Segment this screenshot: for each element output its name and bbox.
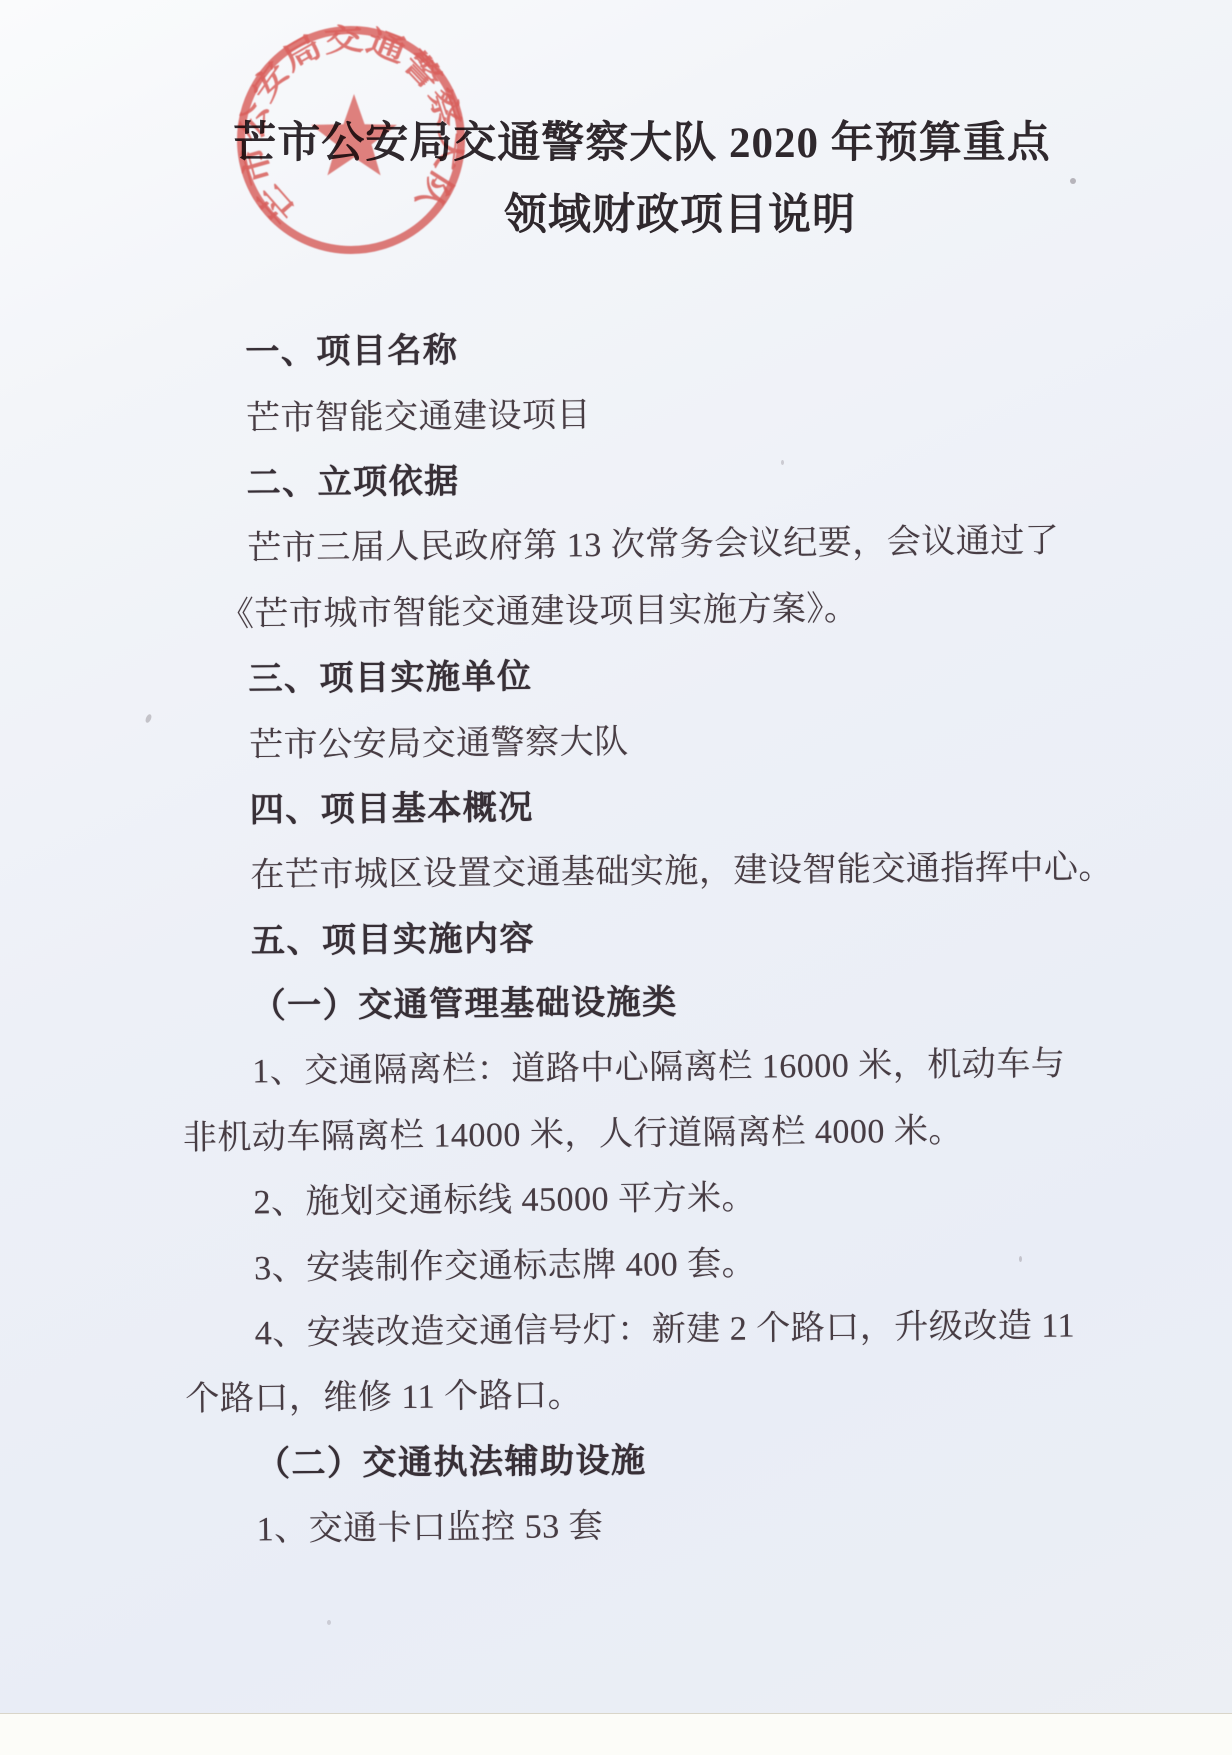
para-implementing-unit: 芒市公安局交通警察大队	[179, 700, 1170, 775]
item-guardrail-line2: 非机动车隔离栏 14000 米，人行道隔离栏 4000 米。	[183, 1092, 1174, 1167]
scan-speck	[327, 1620, 331, 1625]
document-title: 芒市公安局交通警察大队 2020 年预算重点 领域财政项目说明	[0, 108, 1232, 252]
para-approval-basis-line2: 《芒市城市智能交通建设项目实施方案》。	[178, 569, 1169, 644]
para-project-overview: 在芒市城区设置交通基础实施，建设智能交通指挥中心。	[180, 831, 1171, 906]
section-heading-approval-basis: 二、立项依据	[176, 438, 1167, 513]
section-heading-implementation-content: 五、项目实施内容	[181, 896, 1172, 971]
section-heading-project-overview: 四、项目基本概况	[179, 765, 1170, 840]
section-heading-project-name: 一、项目名称	[175, 308, 1166, 383]
section-heading-implementing-unit: 三、项目实施单位	[178, 635, 1169, 710]
item-guardrail-line1: 1、交通隔离栏：道路中心隔离栏 16000 米，机动车与	[182, 1027, 1173, 1102]
item-road-markings: 2、施划交通标线 45000 平方米。	[183, 1158, 1174, 1233]
item-traffic-lights-line2: 个路口，维修 11 个路口。	[185, 1354, 1176, 1429]
scanned-document-page: 芒市公安局交通警察大队 芒市公安局交通警察大队 2020 年预算重点 领域财政项…	[0, 0, 1232, 1755]
item-traffic-signs: 3、安装制作交通标志牌 400 套。	[184, 1223, 1175, 1298]
para-approval-basis-line1: 芒市三届人民政府第 13 次常务会议纪要，会议通过了	[177, 504, 1168, 579]
page-bottom-edge	[0, 1713, 1232, 1755]
subsection-heading-law-enforcement: （二）交通执法辅助设施	[186, 1419, 1177, 1494]
para-project-name: 芒市智能交通建设项目	[176, 373, 1167, 448]
official-stamp: 芒市公安局交通警察大队	[228, 17, 474, 263]
item-checkpoint-monitoring: 1、交通卡口监控 53 套	[186, 1485, 1177, 1560]
star-icon	[311, 94, 397, 175]
item-traffic-lights-line1: 4、安装改造交通信号灯：新建 2 个路口，升级改造 11	[184, 1288, 1175, 1363]
document-title-line1: 芒市公安局交通警察大队 2020 年预算重点	[26, 108, 1232, 180]
document-body: 一、项目名称 芒市智能交通建设项目 二、立项依据 芒市三届人民政府第 13 次常…	[175, 308, 1177, 1560]
scan-speck	[144, 713, 152, 723]
subsection-heading-infrastructure: （一）交通管理基础设施类	[181, 961, 1172, 1036]
